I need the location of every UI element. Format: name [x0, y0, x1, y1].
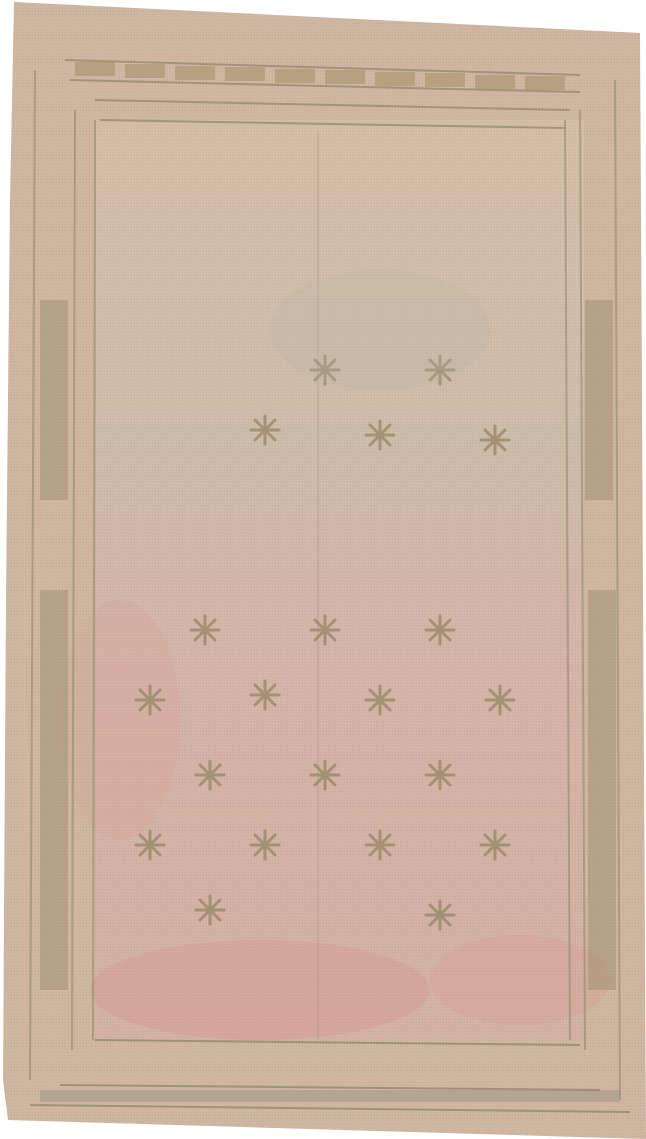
rug-photo: [0, 0, 646, 1139]
rug-illustration: [0, 0, 646, 1139]
bottom-border-motifs: [40, 1090, 620, 1102]
